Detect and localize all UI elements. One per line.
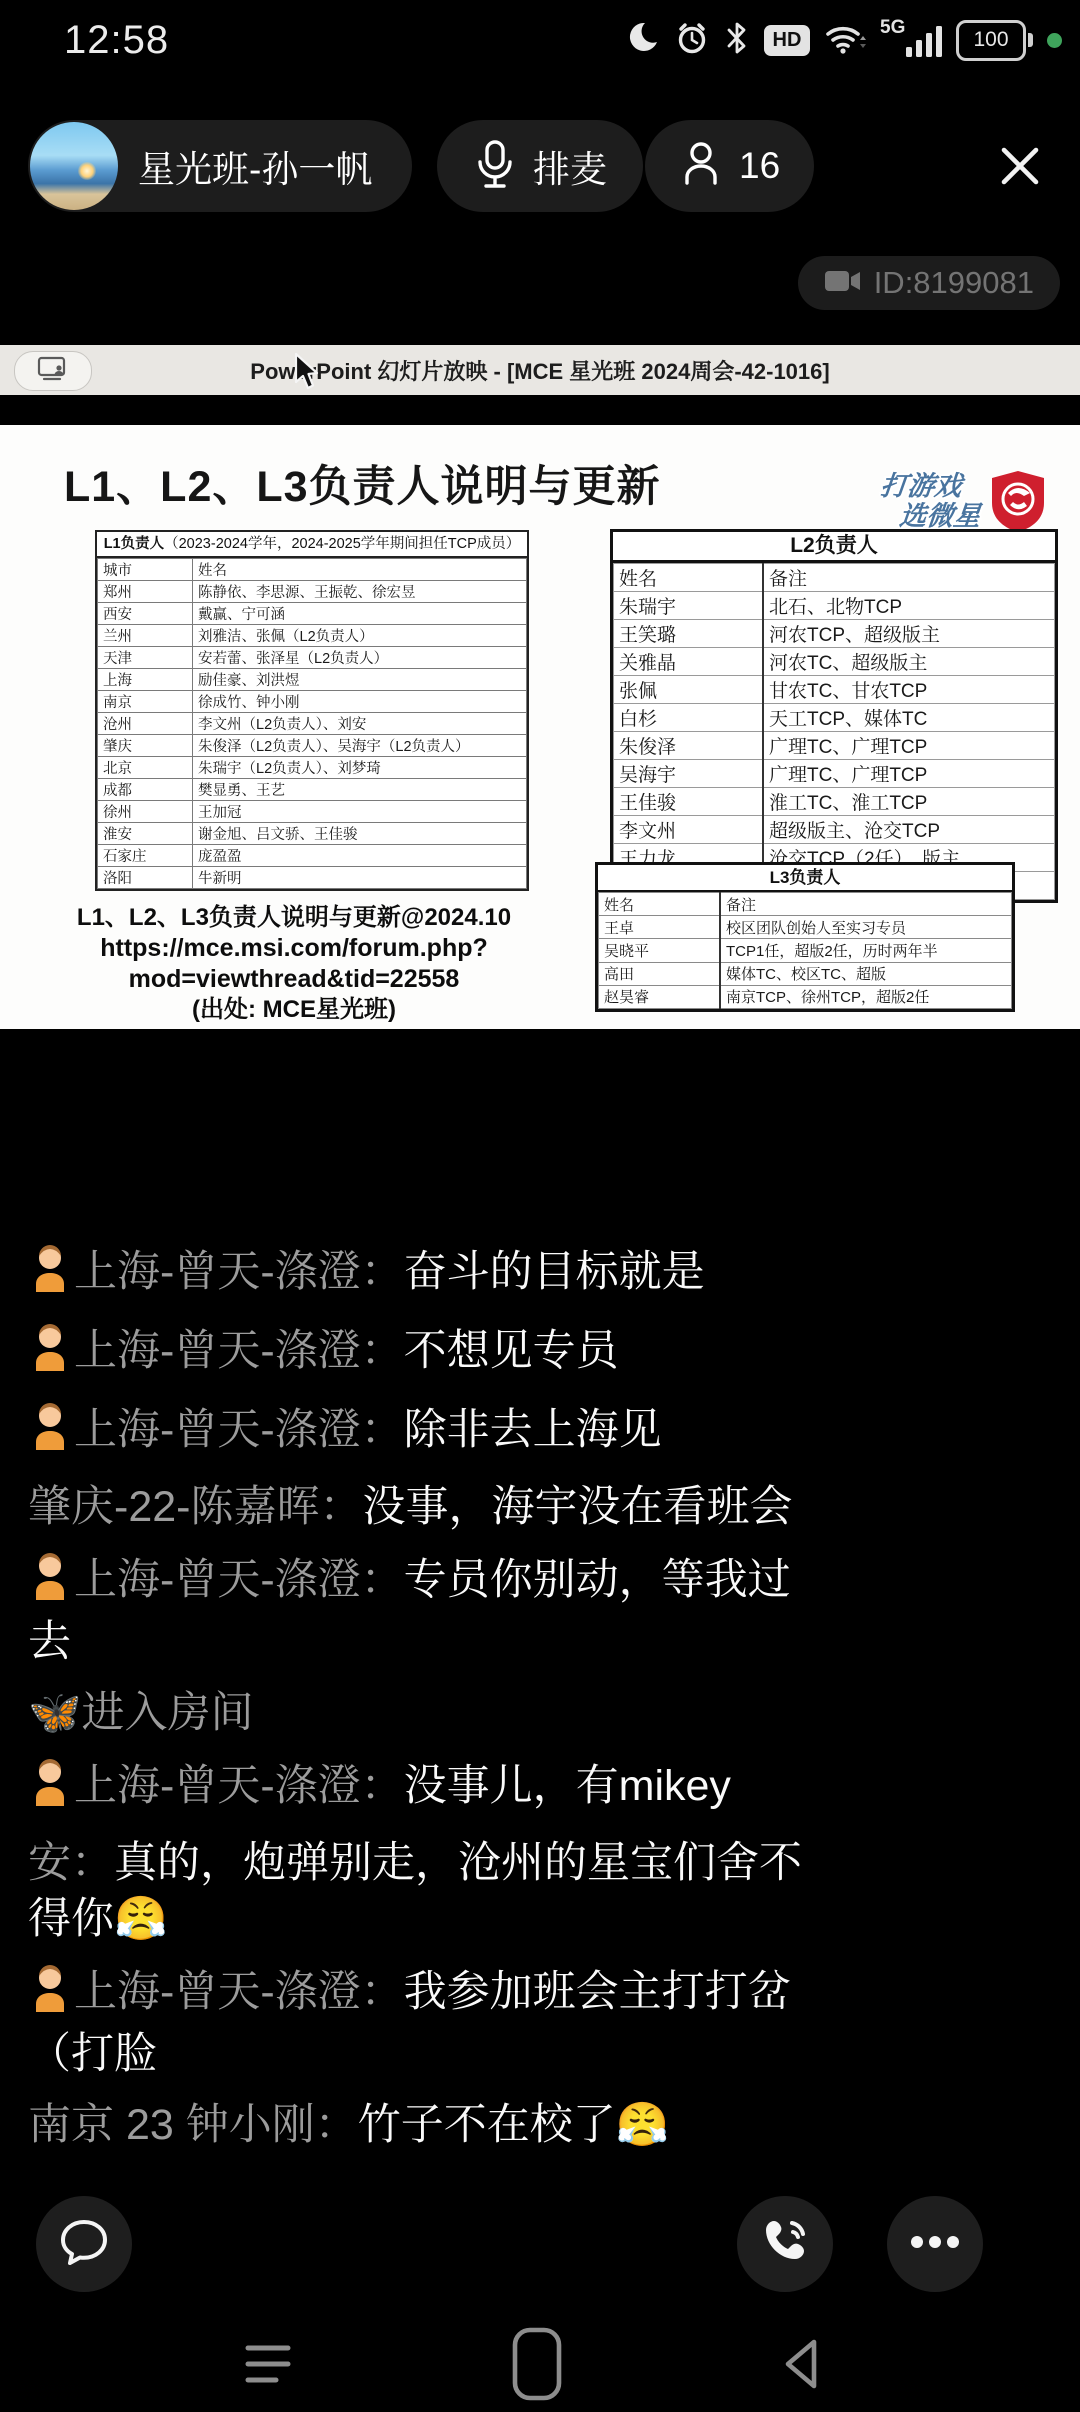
table-cell: 成都 — [98, 779, 193, 801]
table-cell: 朱瑞宇 — [614, 592, 764, 620]
table-cell: 广理TC、广理TCP — [763, 760, 1055, 788]
chat-message-text: 🦋进入房间 — [28, 1689, 254, 1737]
table-cell: 备注 — [763, 564, 1055, 592]
navigation-bar — [0, 2320, 1080, 2412]
table-cell: 沧州 — [98, 713, 193, 735]
table-row: 兰州刘雅洁、张佩（L2负责人） — [98, 625, 527, 647]
table-cell: 天津 — [98, 647, 193, 669]
signal-5g-icon: 5G — [880, 21, 942, 59]
ppt-titlebar: PowerPoint 幻灯片放映 - [MCE 星光班 2024周会-42-10… — [0, 345, 1080, 395]
table-cell: 南京TCP、徐州TCP，超版2任 — [720, 985, 1012, 1008]
table-cell: 王加冠 — [193, 801, 527, 823]
table-row: 南京徐成竹、钟小刚 — [98, 691, 527, 713]
table-cell: 徐州 — [98, 801, 193, 823]
table-cell: 励佳豪、刘洪煜 — [193, 669, 527, 691]
table-row: 沧州李文州（L2负责人）、刘安 — [98, 713, 527, 735]
table-cell: 超级版主、沧交TCP — [763, 816, 1055, 844]
table-cell: 徐成竹、钟小刚 — [193, 691, 527, 713]
table-cell: 石家庄 — [98, 845, 193, 867]
chat-sender-name: 肇庆-22-陈嘉晖： — [28, 1483, 362, 1531]
table-cell: 甘农TC、甘农TCP — [763, 676, 1055, 704]
nav-back-button[interactable] — [756, 2321, 846, 2411]
mouse-cursor — [292, 352, 322, 397]
user-emoji-icon — [28, 1550, 72, 1614]
wifi-icon — [824, 20, 866, 61]
hd-badge-icon: HD — [764, 25, 810, 56]
avatar — [30, 122, 118, 210]
chat-sender-name: 安： — [28, 1839, 114, 1887]
table-cell: 李文州 — [614, 816, 764, 844]
slide-heading: L1、L2、L3负责人说明与更新 — [64, 453, 661, 514]
user-emoji-icon — [28, 1242, 72, 1306]
person-icon — [679, 139, 723, 194]
status-icons: HD 5G 100 — [624, 20, 1062, 60]
table-row: 城市姓名 — [98, 559, 527, 581]
table-row: 关雅晶河农TC、超级版主 — [614, 648, 1055, 676]
mic-icon — [473, 138, 517, 195]
table-cell: 郑州 — [98, 581, 193, 603]
table-cell: 李文州（L2负责人）、刘安 — [193, 713, 527, 735]
back-icon — [776, 2335, 826, 2398]
caption-line1: L1、L2、L3负责人说明与更新@2024.10 — [8, 903, 580, 933]
chat-sender-name: 上海-曾天-涤澄： — [74, 1248, 404, 1296]
chat-message: 上海-曾天-涤澄：专员你别动，等我过去 — [28, 1550, 820, 1670]
msi-shield-icon — [990, 469, 1046, 538]
table-cell: 庞盈盈 — [193, 845, 527, 867]
chat-message-text: 竹子不在校了😤 — [358, 2101, 670, 2149]
participants-button[interactable]: 16 — [645, 120, 814, 212]
ppt-title: PowerPoint 幻灯片放映 - [MCE 星光班 2024周会-42-10… — [0, 355, 1080, 386]
chat-message: 南京 23 钟小刚：竹子不在校了😤 — [28, 2097, 820, 2153]
table-cell: 兰州 — [98, 625, 193, 647]
moon-icon — [624, 20, 660, 61]
table-cell: 牛新明 — [193, 867, 527, 889]
stream-id-label: ID:8199081 — [874, 265, 1034, 301]
close-button[interactable] — [994, 140, 1046, 192]
video-camera-icon — [824, 267, 862, 300]
phone-icon — [756, 2213, 814, 2276]
table-row: 朱俊泽广理TC、广理TCP — [614, 732, 1055, 760]
chat-message-text: 真的，炮弹别走，沧州的星宝们舍不得你😤 — [28, 1839, 802, 1943]
mic-queue-label: 排麦 — [533, 139, 607, 193]
table-cell: 吴海宇 — [614, 760, 764, 788]
chat-sender-name: 上海-曾天-涤澄： — [74, 1968, 404, 2016]
room-title: 星光班-孙一帆 — [138, 139, 372, 193]
table-cell: 朱俊泽（L2负责人）、吴海宇（L2负责人） — [193, 735, 527, 757]
l1-table-title: L1负责人（2023-2024学年，2024-2025学年期间担任TCP成员） — [97, 532, 527, 558]
battery-icon: 100 — [956, 20, 1033, 61]
table-cell: 王卓 — [599, 916, 721, 939]
table-row: 淮安谢金旭、吕文骄、王佳骏 — [98, 823, 527, 845]
l2-table: L2负责人 姓名备注朱瑞宇北石、北物TCP王笑璐河农TCP、超级版主关雅晶河农T… — [610, 529, 1058, 903]
chat-message: 安：真的，炮弹别走，沧州的星宝们舍不得你😤 — [28, 1835, 820, 1947]
chat-sender-name: 南京 23 钟小刚： — [28, 2101, 358, 2149]
brand-slogan: 打游戏 选微星 — [876, 471, 985, 531]
more-button[interactable] — [887, 2196, 983, 2292]
table-cell: 北石、北物TCP — [763, 592, 1055, 620]
chat-message: 上海-曾天-涤澄：我参加班会主打打岔 （打脸 — [28, 1962, 820, 2082]
table-row: 徐州王加冠 — [98, 801, 527, 823]
chat-message: 上海-曾天-涤澄：不想见专员 — [28, 1321, 820, 1385]
table-cell: 淮工TC、淮工TCP — [763, 788, 1055, 816]
table-row: 朱瑞宇北石、北物TCP — [614, 592, 1055, 620]
user-emoji-icon — [28, 1962, 72, 2026]
table-cell: 备注 — [720, 893, 1012, 916]
table-row: 肇庆朱俊泽（L2负责人）、吴海宇（L2负责人） — [98, 735, 527, 757]
table-cell: 安若蕾、张泽星（L2负责人） — [193, 647, 527, 669]
l3-table: L3负责人 姓名备注王卓校区团队创始人至实习专员吴晓平TCP1任，超版2任，历时… — [595, 862, 1015, 1012]
chat-message-text: 没事，海宇没在看班会 — [362, 1483, 792, 1531]
chat-message: 上海-曾天-涤澄：除非去上海见 — [28, 1400, 820, 1464]
table-cell: 淮安 — [98, 823, 193, 845]
table-cell: 姓名 — [193, 559, 527, 581]
table-cell: 天工TCP、媒体TC — [763, 704, 1055, 732]
caption-source: (出处: MCE星光班) — [8, 995, 580, 1025]
chat-sender-name: 上海-曾天-涤澄： — [74, 1762, 404, 1810]
chat-button[interactable] — [36, 2196, 132, 2292]
call-button[interactable] — [737, 2196, 833, 2292]
nav-menu-button[interactable] — [224, 2321, 314, 2411]
chat-list: 上海-曾天-涤澄：奋斗的目标就是上海-曾天-涤澄：不想见专员上海-曾天-涤澄：除… — [28, 1242, 820, 2168]
table-cell: 樊显勇、王艺 — [193, 779, 527, 801]
more-dots-icon — [905, 2232, 965, 2257]
table-cell: 戴赢、宁可涵 — [193, 603, 527, 625]
status-bar: 12:58 HD — [0, 0, 1080, 70]
chat-sender-name: 上海-曾天-涤澄： — [74, 1406, 404, 1454]
table-row: 姓名备注 — [599, 893, 1012, 916]
table-cell: 张佩 — [614, 676, 764, 704]
chat-message: 上海-曾天-涤澄：没事儿，有mikey — [28, 1756, 820, 1820]
l1-table: L1负责人（2023-2024学年，2024-2025学年期间担任TCP成员） … — [95, 530, 529, 891]
table-cell: 姓名 — [614, 564, 764, 592]
table-row: 西安戴赢、宁可涵 — [98, 603, 527, 625]
table-row: 吴海宇广理TC、广理TCP — [614, 760, 1055, 788]
table-row: 姓名备注 — [614, 564, 1055, 592]
table-cell: 洛阳 — [98, 867, 193, 889]
mic-queue-button[interactable]: 排麦 — [437, 120, 643, 212]
table-row: 王笑璐河农TCP、超级版主 — [614, 620, 1055, 648]
close-icon — [994, 179, 1046, 196]
chat-message-text: 不想见专员 — [404, 1327, 619, 1375]
table-cell: 肇庆 — [98, 735, 193, 757]
chat-message-text: 奋斗的目标就是 — [404, 1248, 705, 1296]
l3-table-title: L3负责人 — [598, 865, 1012, 892]
table-cell: 广理TC、广理TCP — [763, 732, 1055, 760]
table-row: 洛阳牛新明 — [98, 867, 527, 889]
user-emoji-icon — [28, 1321, 72, 1385]
chat-system-message: 🦋进入房间 — [28, 1685, 820, 1741]
table-row: 王佳骏淮工TC、淮工TCP — [614, 788, 1055, 816]
table-cell: 王笑璐 — [614, 620, 764, 648]
camera-indicator-dot — [1047, 33, 1062, 48]
table-cell: 关雅晶 — [614, 648, 764, 676]
table-cell: 上海 — [98, 669, 193, 691]
chat-sender-name: 上海-曾天-涤澄： — [74, 1327, 404, 1375]
table-cell: 媒体TC、校区TC、超版 — [720, 962, 1012, 985]
table-cell: 陈静依、李思源、王振乾、徐宏昱 — [193, 581, 527, 603]
table-row: 高田媒体TC、校区TC、超版 — [599, 962, 1012, 985]
table-row: 北京朱瑞宇（L2负责人）、刘梦琦 — [98, 757, 527, 779]
table-cell: 吴晓平 — [599, 939, 721, 962]
stream-id-badge: ID:8199081 — [798, 256, 1060, 310]
table-row: 张佩甘农TC、甘农TCP — [614, 676, 1055, 704]
slide-caption: L1、L2、L3负责人说明与更新@2024.10 https://mce.msi… — [8, 903, 580, 1025]
slide: L1、L2、L3负责人说明与更新 打游戏 选微星 L1负责人（2023-2024… — [0, 425, 1080, 1029]
table-row: 赵昊睿南京TCP、徐州TCP，超版2任 — [599, 985, 1012, 1008]
table-row: 白杉天工TCP、媒体TC — [614, 704, 1055, 732]
user-emoji-icon — [28, 1400, 72, 1464]
table-row: 石家庄庞盈盈 — [98, 845, 527, 867]
table-cell: 赵昊睿 — [599, 985, 721, 1008]
table-cell: 北京 — [98, 757, 193, 779]
table-cell: 城市 — [98, 559, 193, 581]
chat-message-text: 除非去上海见 — [404, 1406, 662, 1454]
table-cell: 朱瑞宇（L2负责人）、刘梦琦 — [193, 757, 527, 779]
chat-sender-name: 上海-曾天-涤澄： — [74, 1556, 404, 1604]
nav-home-button[interactable] — [492, 2321, 582, 2411]
alarm-icon — [674, 20, 710, 61]
table-row: 吴晓平TCP1任，超版2任，历时两年半 — [599, 939, 1012, 962]
table-cell: 河农TCP、超级版主 — [763, 620, 1055, 648]
table-cell: 南京 — [98, 691, 193, 713]
table-row: 天津安若蕾、张泽星（L2负责人） — [98, 647, 527, 669]
user-emoji-icon — [28, 1756, 72, 1820]
table-cell: 河农TC、超级版主 — [763, 648, 1055, 676]
table-cell: 刘雅洁、张佩（L2负责人） — [193, 625, 527, 647]
participant-count: 16 — [739, 145, 780, 187]
table-cell: 西安 — [98, 603, 193, 625]
table-cell: 校区团队创始人至实习专员 — [720, 916, 1012, 939]
table-row: 郑州陈静依、李思源、王振乾、徐宏昱 — [98, 581, 527, 603]
chat-message: 上海-曾天-涤澄：奋斗的目标就是 — [28, 1242, 820, 1306]
menu-icon — [242, 2340, 296, 2393]
table-cell: 王佳骏 — [614, 788, 764, 816]
bluetooth-icon — [724, 20, 750, 61]
table-cell: 朱俊泽 — [614, 732, 764, 760]
caption-link: https://mce.msi.com/forum.php?mod=viewth… — [8, 933, 580, 995]
table-row: 成都樊显勇、王艺 — [98, 779, 527, 801]
table-row: 上海励佳豪、刘洪煜 — [98, 669, 527, 691]
table-cell: TCP1任，超版2任，历时两年半 — [720, 939, 1012, 962]
table-row: 王卓校区团队创始人至实习专员 — [599, 916, 1012, 939]
home-icon — [510, 2324, 564, 2409]
room-title-pill[interactable]: 星光班-孙一帆 — [28, 120, 412, 212]
speech-bubble-icon — [56, 2214, 112, 2275]
l2-table-title: L2负责人 — [613, 532, 1055, 563]
table-cell: 姓名 — [599, 893, 721, 916]
table-cell: 高田 — [599, 962, 721, 985]
table-cell: 谢金旭、吕文骄、王佳骏 — [193, 823, 527, 845]
chat-message: 肇庆-22-陈嘉晖：没事，海宇没在看班会 — [28, 1479, 820, 1535]
table-cell: 白杉 — [614, 704, 764, 732]
chat-message-text: 没事儿，有mikey — [404, 1762, 731, 1810]
clock: 12:58 — [64, 18, 169, 63]
table-row: 李文州超级版主、沧交TCP — [614, 816, 1055, 844]
